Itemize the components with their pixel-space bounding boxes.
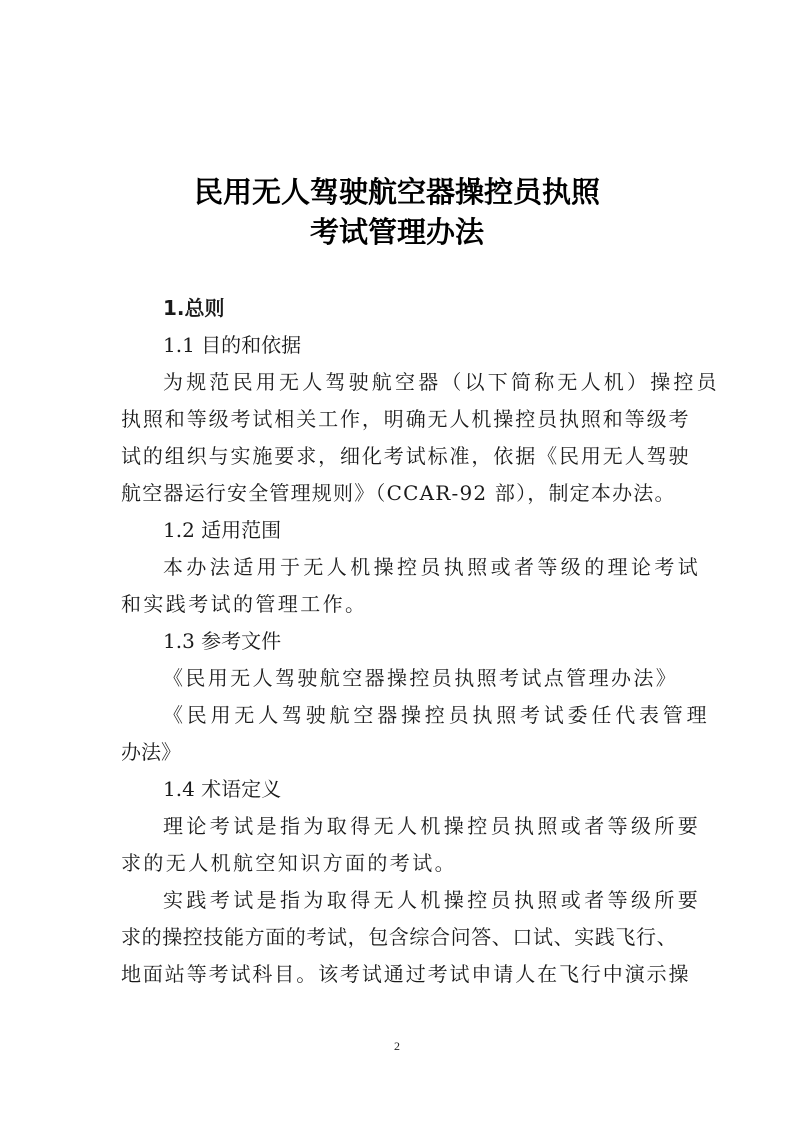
reference-item: 《民用无人驾驶航空器操控员执照考试点管理办法》 [163, 666, 678, 690]
paragraph-line: 求的操控技能方面的考试，包含综合问答、口试、实践飞行、 [121, 925, 677, 949]
paragraph-line: 地面站等考试科目。该考试通过考试申请人在飞行中演示操 [121, 962, 690, 986]
paragraph-line: 求的无人机航空知识方面的考试。 [121, 851, 457, 875]
section-heading-references: 1.3 参考文件 [163, 629, 281, 653]
paragraph-line: 本办法适用于无人机操控员执照或者等级的理论考试 [163, 555, 701, 579]
section-heading-general: 1.总则 [163, 296, 225, 320]
paragraph-line: 理论考试是指为取得无人机操控员执照或者等级所要 [163, 814, 701, 838]
page-number: 2 [0, 1039, 794, 1054]
paragraph-line: 航空器运行安全管理规则》（CCAR-92 部），制定本办法。 [121, 481, 676, 505]
reference-item: 《民用无人驾驶航空器操控员执照考试委任代表管理 [163, 703, 710, 727]
reference-item-continued: 办法》 [121, 740, 181, 764]
section-heading-purpose: 1.1 目的和依据 [163, 333, 301, 357]
section-heading-definitions: 1.4 术语定义 [163, 777, 281, 801]
document-title-line-2: 考试管理办法 [0, 210, 794, 251]
paragraph-line: 为规范民用无人驾驶航空器（以下简称无人机）操控员 [163, 370, 720, 394]
document-title-line-1: 民用无人驾驶航空器操控员执照 [0, 170, 794, 211]
paragraph-line: 实践考试是指为取得无人机操控员执照或者等级所要 [163, 888, 701, 912]
paragraph-line: 执照和等级考试相关工作，明确无人机操控员执照和等级考 [121, 407, 690, 431]
paragraph-line: 试的组织与实施要求，细化考试标准，依据《民用无人驾驶 [121, 444, 690, 468]
section-heading-scope: 1.2 适用范围 [163, 518, 281, 542]
paragraph-line: 和实践考试的管理工作。 [121, 592, 367, 616]
